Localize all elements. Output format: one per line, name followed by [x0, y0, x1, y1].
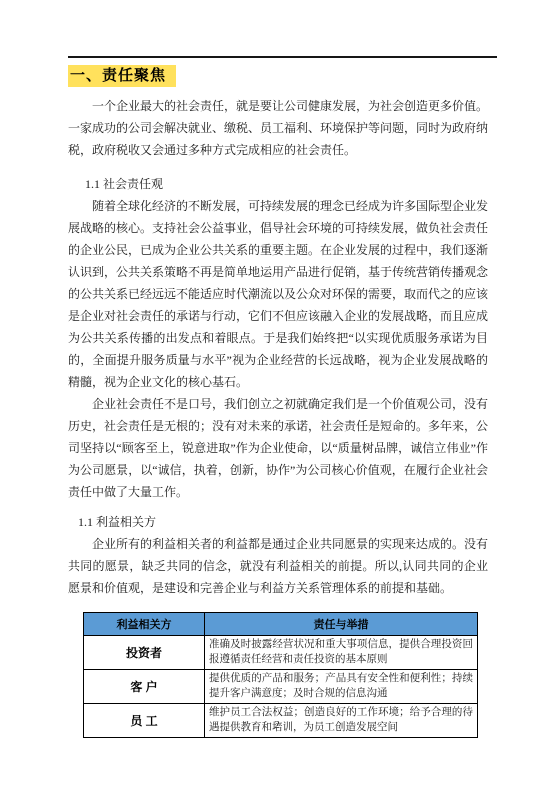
responsibility-cell-investors: 准确及时披露经营状况和重大事项信息，提供合理投资回报遵循责任经营和责任投资的基本…: [205, 636, 478, 670]
responsibility-cell-customers: 提供优质的产品和服务；产品具有安全性和便利性；持续提升客户满意度；及时合规的信息…: [205, 670, 478, 704]
highlighted-chapter-title: 一、责任聚焦: [68, 65, 176, 87]
table-header-stakeholder: 利益相关方: [84, 613, 205, 636]
paragraph-corporate-values: 企业社会责任不是口号，我们创立之初就确定我们是一个价值观公司，没有历史，社会责任…: [68, 393, 488, 503]
table-row-investors: 投资者 准确及时披露经营状况和重大事项信息，提供合理投资回报遵循责任经营和责任投…: [84, 636, 478, 670]
page-number: 2: [0, 719, 554, 731]
document-page: 一、责任聚焦 一个企业最大的社会责任，就是要让公司健康发展，为社会创造更多价值。…: [0, 0, 554, 785]
table-header-row: 利益相关方 责任与举措: [84, 613, 478, 636]
section-heading-social-responsibility: 1.1 社会责任观: [85, 174, 488, 194]
chapter-heading: 一、责任聚焦: [68, 65, 488, 87]
table-header-responsibility: 责任与举措: [205, 613, 478, 636]
stakeholder-cell-customers: 客 户: [84, 670, 205, 704]
paragraph-intro: 一个企业最大的社会责任，就是要让公司健康发展，为社会创造更多价值。一家成功的公司…: [68, 95, 488, 161]
section-heading-stakeholders: 1.1 利益相关方: [78, 512, 488, 532]
paragraph-stakeholders-intro: 企业所有的利益相关者的利益都是通过企业共同愿景的实现来达成的。没有共同的愿景，缺…: [68, 533, 488, 599]
table-row-customers: 客 户 提供优质的产品和服务；产品具有安全性和便利性；持续提升客户满意度；及时合…: [84, 670, 478, 704]
document-content: 一、责任聚焦 一个企业最大的社会责任，就是要让公司健康发展，为社会创造更多价值。…: [68, 58, 488, 738]
stakeholder-cell-investors: 投资者: [84, 636, 205, 670]
paragraph-social-responsibility-view: 随着全球化经济的不断发展，可持续发展的理念已经成为许多国际型企业发展战略的核心。…: [68, 195, 488, 393]
